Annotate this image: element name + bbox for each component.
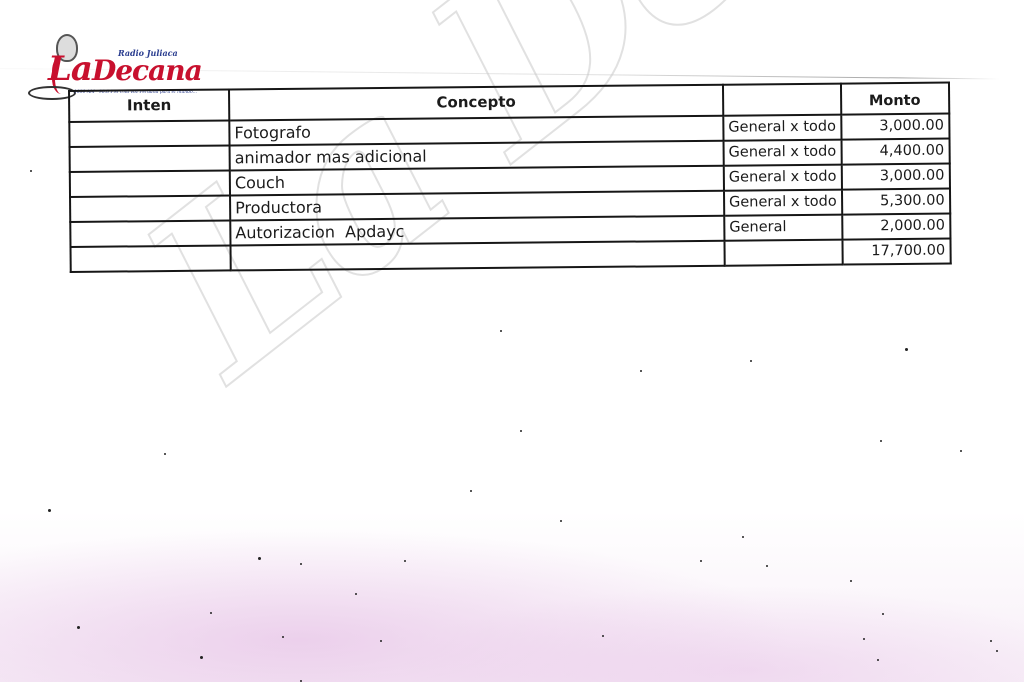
cell-item bbox=[70, 170, 230, 197]
total-scope bbox=[724, 240, 842, 266]
logo-brand-rest: Decana bbox=[92, 54, 202, 87]
cell-scope: General x todo bbox=[723, 115, 841, 141]
cell-amount: 5,300.00 bbox=[842, 189, 950, 215]
budget-table: Inten Concepto Monto Fotografo General x… bbox=[68, 82, 951, 273]
header-item: Inten bbox=[69, 89, 229, 122]
cell-amount: 3,000.00 bbox=[841, 164, 949, 190]
header-amount: Monto bbox=[841, 83, 949, 115]
logo-brand: LaDecana bbox=[48, 52, 202, 86]
cell-scope: General bbox=[724, 215, 842, 241]
cell-amount: 2,000.00 bbox=[842, 214, 950, 240]
cell-item bbox=[70, 220, 230, 247]
cell-item bbox=[70, 145, 230, 172]
cell-scope: General x todo bbox=[724, 165, 842, 191]
cell-amount: 3,000.00 bbox=[841, 114, 949, 140]
cell-scope: General x todo bbox=[724, 140, 842, 166]
total-item bbox=[71, 245, 231, 272]
logo-brand-first: La bbox=[48, 49, 92, 89]
cell-item bbox=[69, 120, 229, 147]
total-concept bbox=[230, 241, 724, 271]
header-scope bbox=[723, 84, 841, 116]
total-amount: 17,700.00 bbox=[842, 239, 950, 265]
cell-item bbox=[70, 195, 230, 222]
cell-scope: General x todo bbox=[724, 190, 842, 216]
cell-amount: 4,400.00 bbox=[841, 139, 949, 165]
header-concept: Concepto bbox=[229, 85, 723, 121]
